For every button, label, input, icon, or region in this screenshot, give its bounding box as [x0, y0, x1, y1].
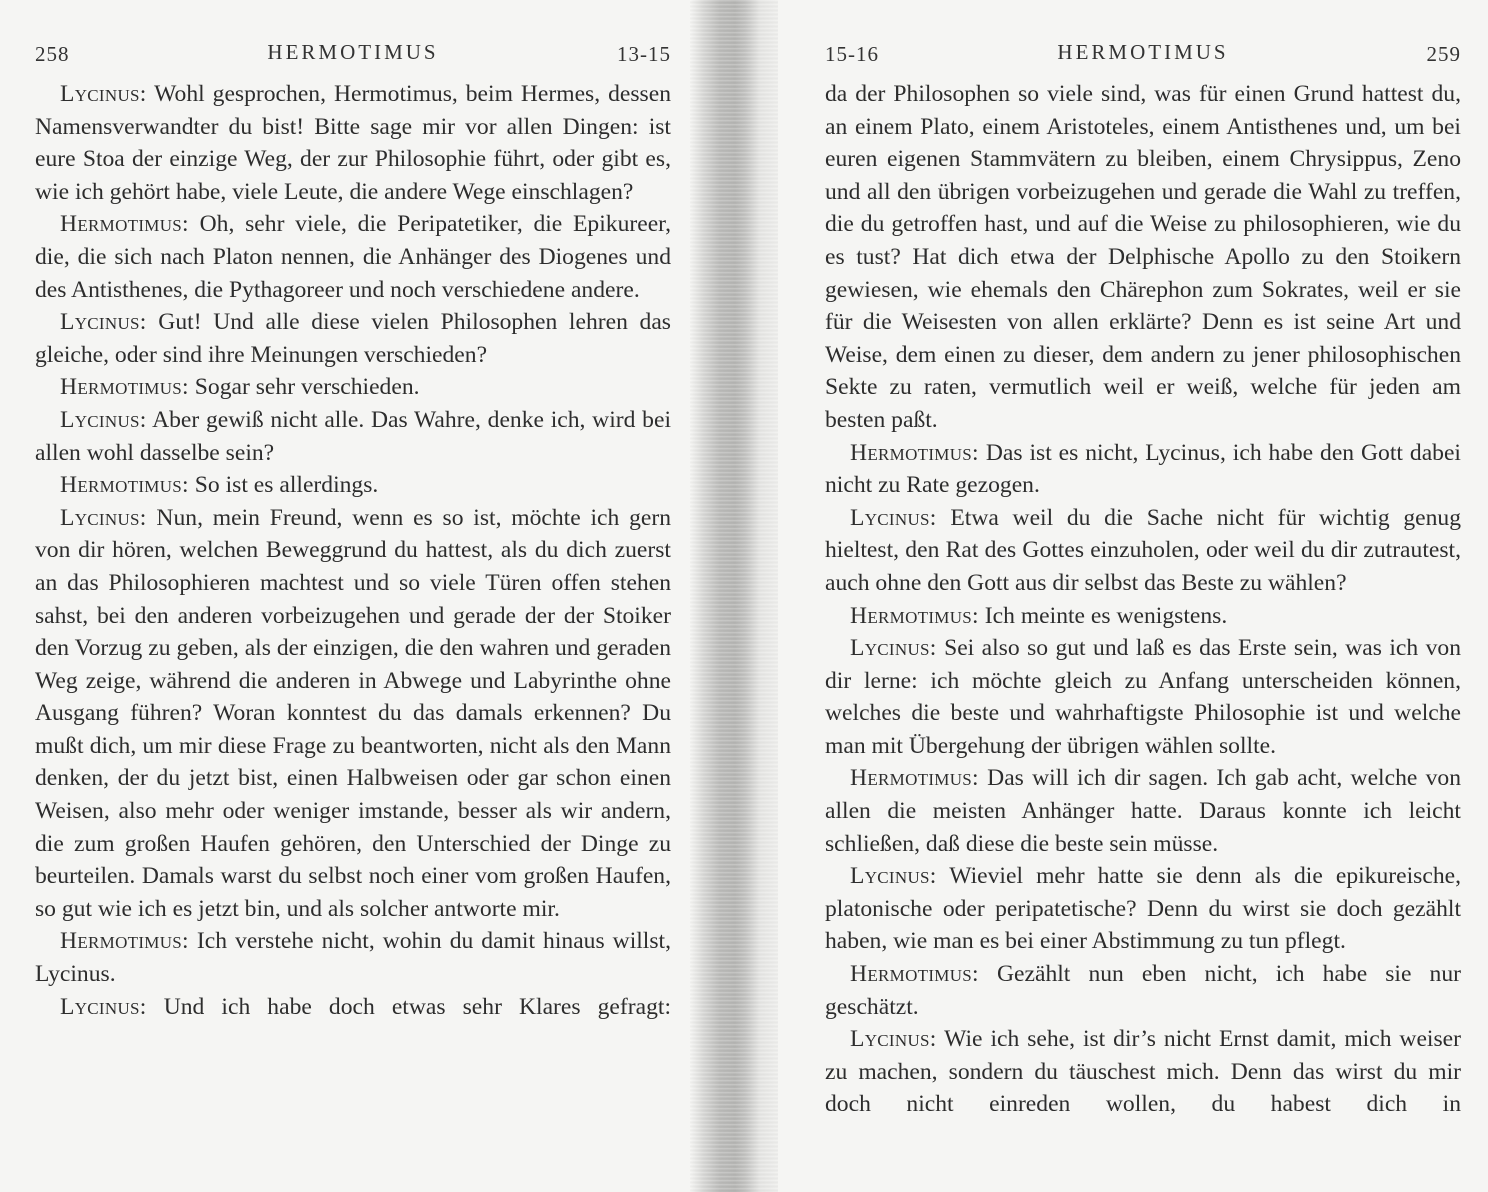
paragraph: Hermotimus: Das will ich dir sagen. Ich … [825, 762, 1461, 860]
paragraph: Hermotimus: So ist es allerdings. [35, 469, 671, 502]
paragraph: Hermotimus: Ich verstehe nicht, wohin du… [35, 925, 671, 990]
speaker-label: Lycinus: [850, 635, 937, 661]
speaker-label: Lycinus: [60, 407, 147, 433]
speaker-label: Hermotimus: [850, 440, 979, 466]
paragraph-text: Sogar sehr verschieden. [189, 374, 420, 400]
paragraph-text: Ich meinte es wenigstens. [979, 603, 1227, 629]
speaker-label: Lycinus: [60, 309, 147, 335]
paragraph: Hermotimus: Das ist es nicht, Lycinus, i… [825, 437, 1461, 502]
book-spread: 258 HERMOTIMUS 13-15 Lycinus: Wohl gespr… [0, 0, 1488, 1192]
speaker-label: Lycinus: [60, 505, 147, 531]
right-page-number: 259 [1427, 42, 1462, 67]
left-section-range: 13-15 [617, 42, 671, 67]
paragraph: Hermotimus: Oh, sehr viele, die Peripate… [35, 208, 671, 306]
left-running-head: 258 HERMOTIMUS 13-15 [35, 40, 671, 70]
left-running-title: HERMOTIMUS [35, 40, 671, 65]
paragraph: Hermotimus: Ich meinte es wenigstens. [825, 600, 1461, 633]
paragraph: Lycinus: Etwa weil du die Sache nicht fü… [825, 502, 1461, 600]
paragraph: Lycinus: Wieviel mehr hatte sie denn als… [825, 860, 1461, 958]
paragraph: Lycinus: Sei also so gut und laß es das … [825, 632, 1461, 762]
speaker-label: Hermotimus: [60, 211, 189, 237]
speaker-label: Hermotimus: [850, 603, 979, 629]
continuation-paragraph: da der Philosophen so viele sind, was fü… [825, 78, 1461, 437]
paragraph-text: Nun, mein Freund, wenn es so ist, möchte… [35, 505, 671, 922]
speaker-label: Lycinus: [850, 1026, 937, 1052]
right-running-title: HERMOTIMUS [825, 40, 1461, 65]
speaker-label: Hermotimus: [850, 961, 979, 987]
speaker-label: Hermotimus: [850, 765, 979, 791]
paragraph-text: So ist es allerdings. [189, 472, 378, 498]
speaker-label: Hermotimus: [60, 472, 189, 498]
paragraph: Lycinus: Aber gewiß nicht alle. Das Wahr… [35, 404, 671, 469]
right-body-text: da der Philosophen so viele sind, was fü… [825, 78, 1461, 1121]
paragraph-text: Und ich habe doch etwas sehr Klares gefr… [147, 994, 671, 1020]
book-gutter [690, 0, 790, 1192]
paragraph: Lycinus: Wohl gesprochen, Hermotimus, be… [35, 78, 671, 208]
paragraph: Hermotimus: Sogar sehr verschieden. [35, 371, 671, 404]
speaker-label: Lycinus: [60, 994, 147, 1020]
paragraph: Lycinus: Wie ich sehe, ist dir’s nicht E… [825, 1023, 1461, 1121]
paragraph: Hermotimus: Gezählt nun eben nicht, ich … [825, 958, 1461, 1023]
paragraph: Lycinus: Und ich habe doch etwas sehr Kl… [35, 991, 671, 1024]
left-body-text: Lycinus: Wohl gesprochen, Hermotimus, be… [35, 78, 671, 1023]
speaker-label: Lycinus: [850, 505, 937, 531]
paragraph: Lycinus: Nun, mein Freund, wenn es so is… [35, 502, 671, 926]
right-page: 15-16 HERMOTIMUS 259 da der Philosophen … [778, 0, 1488, 1192]
speaker-label: Lycinus: [850, 863, 937, 889]
paragraph: Lycinus: Gut! Und alle diese vielen Phil… [35, 306, 671, 371]
speaker-label: Hermotimus: [60, 928, 189, 954]
speaker-label: Lycinus: [60, 81, 147, 107]
speaker-label: Hermotimus: [60, 374, 189, 400]
right-running-head: 15-16 HERMOTIMUS 259 [825, 40, 1461, 70]
left-page: 258 HERMOTIMUS 13-15 Lycinus: Wohl gespr… [0, 0, 700, 1192]
